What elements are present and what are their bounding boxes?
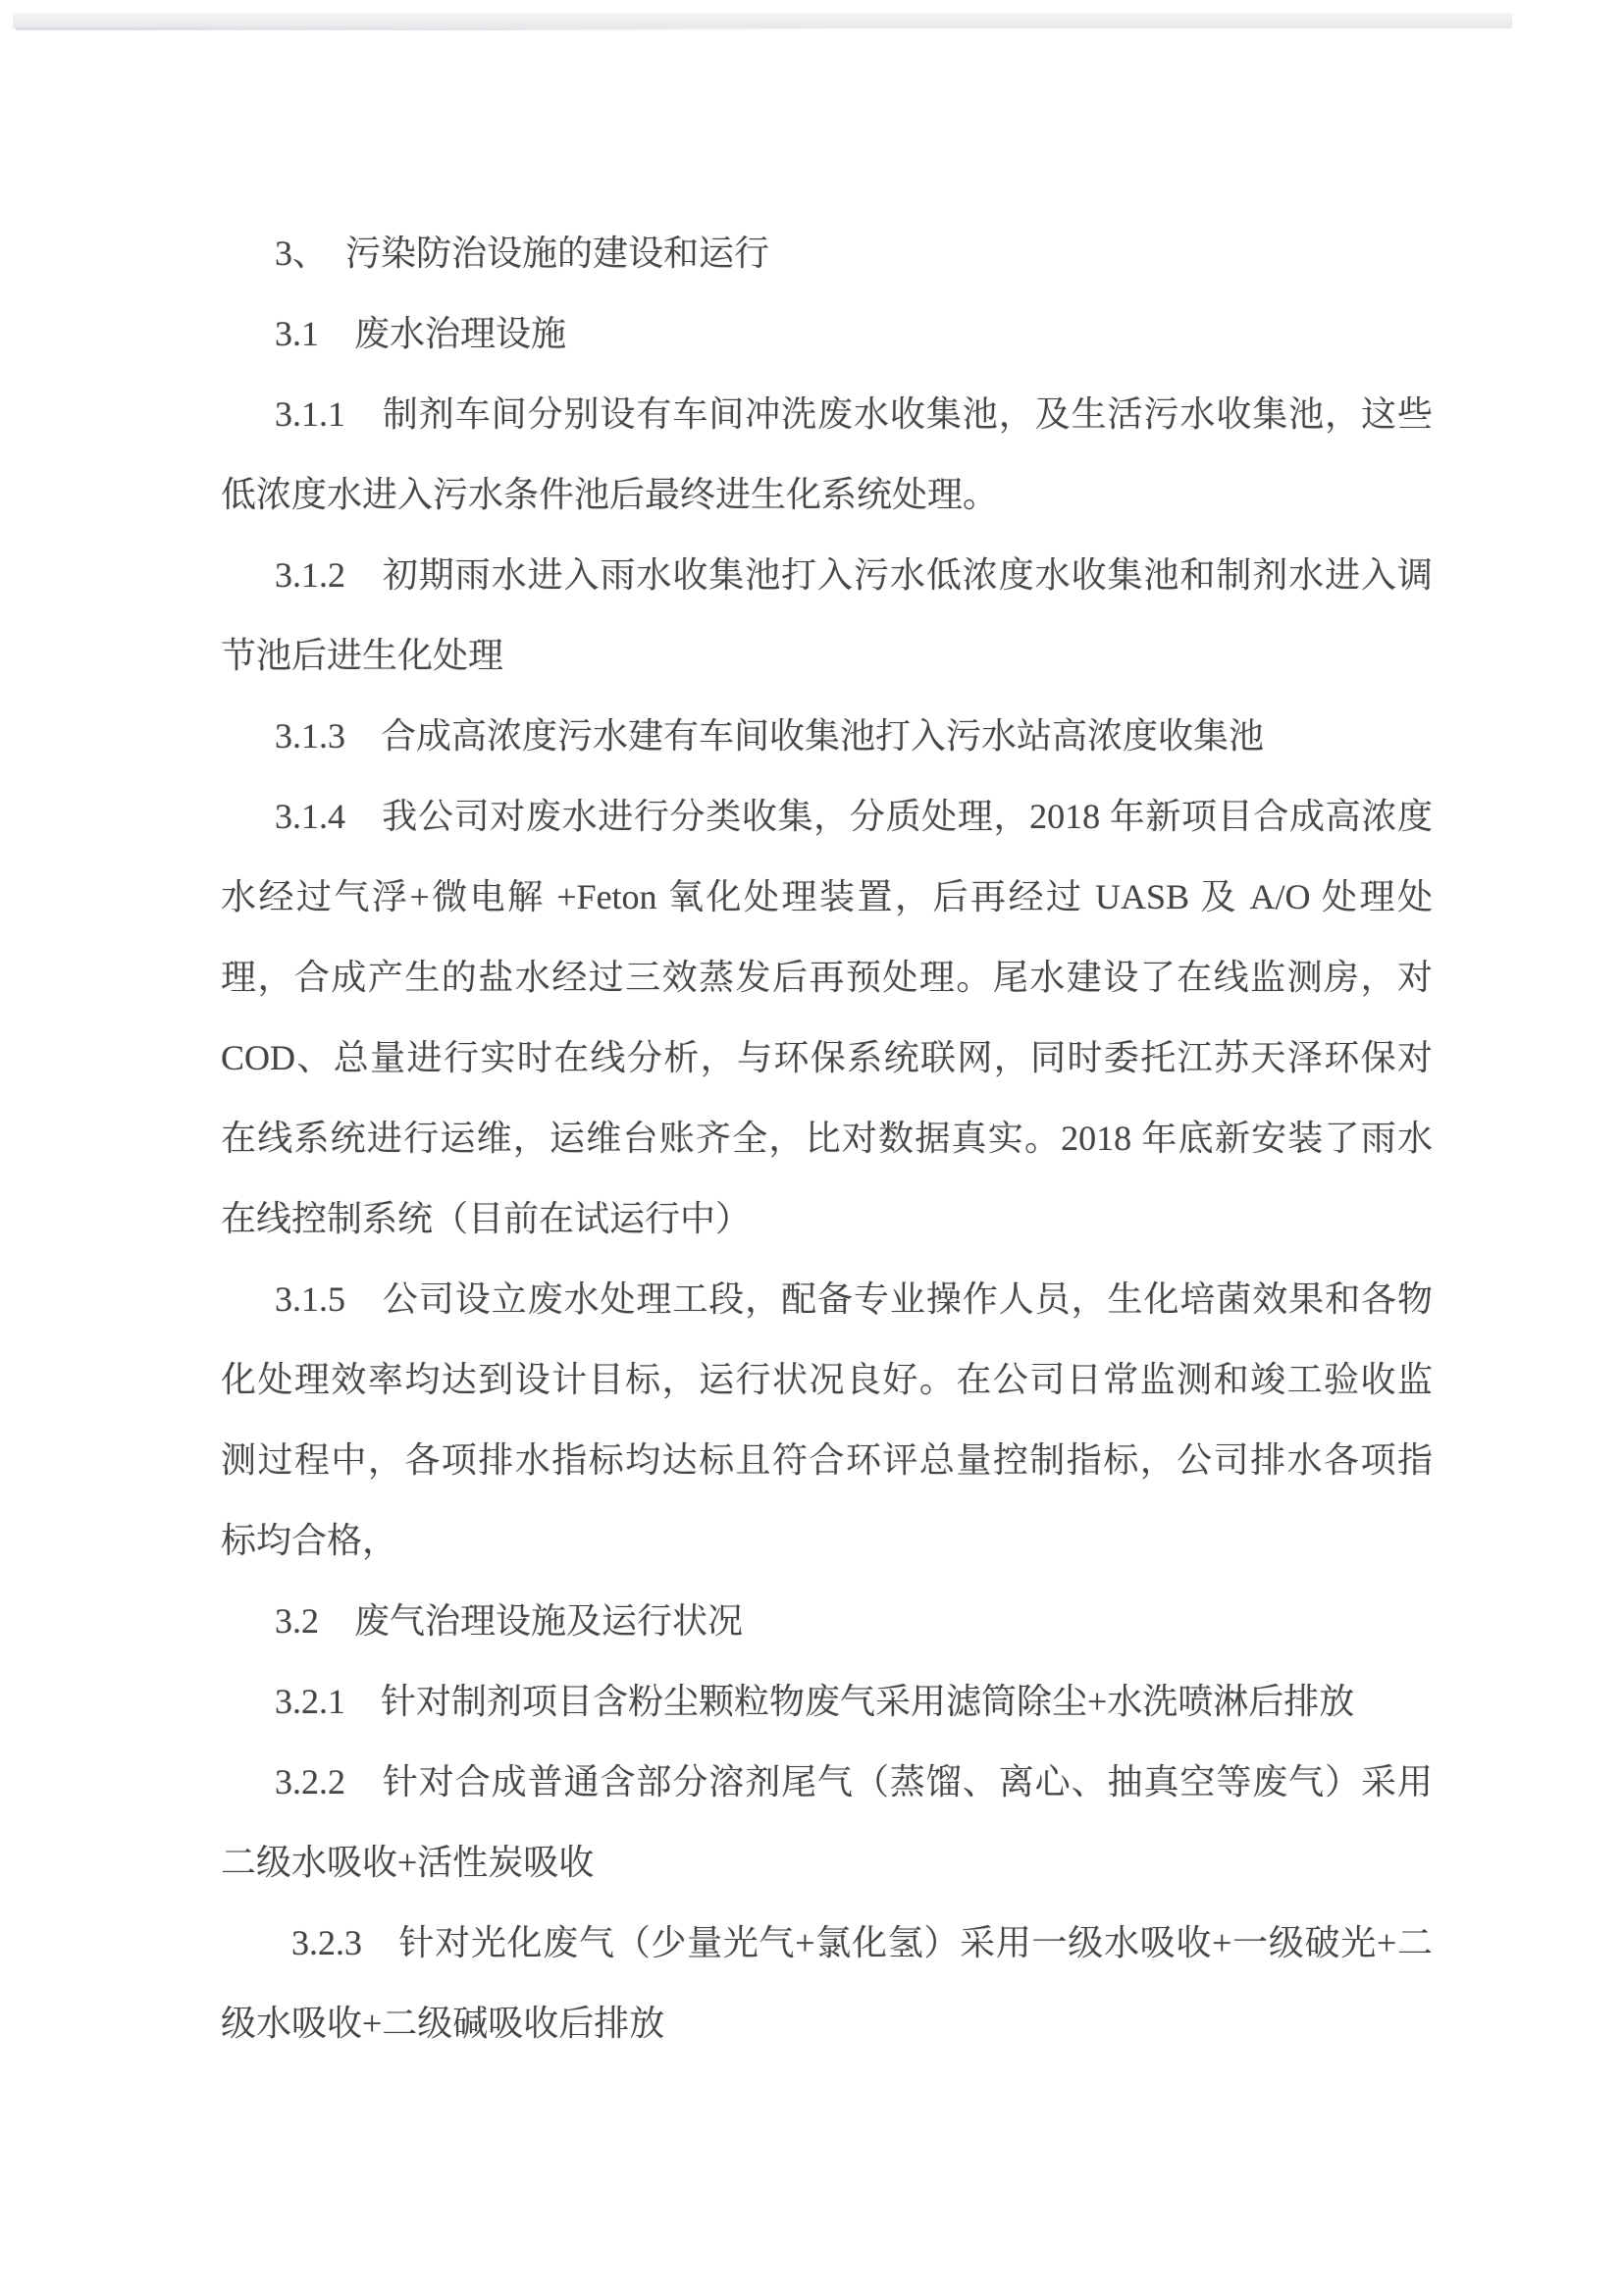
paragraph-line: 理，合成产生的盐水经过三效蒸发后再预处理。尾水建设了在线监测房，对 [221, 937, 1433, 1018]
paragraph-line: 节池后进生化处理 [221, 615, 1433, 696]
paragraph-line: 3.1.1 制剂车间分别设有车间冲洗废水收集池，及生活污水收集池，这些 [221, 374, 1433, 454]
paragraph-line: 3.1.2 初期雨水进入雨水收集池打入污水低浓度水收集池和制剂水进入调 [221, 535, 1433, 615]
subsection-heading: 3.1 废水治理设施 [221, 293, 1433, 374]
paragraph-line: 3.2.3 针对光化废气（少量光气+氯化氢）采用一级水吸收+一级破光+二 [221, 1903, 1433, 1983]
section-heading: 3、 污染防治设施的建设和运行 [221, 213, 1433, 293]
paragraph-line: 3.1.3 合成高浓度污水建有车间收集池打入污水站高浓度收集池 [221, 696, 1433, 776]
document-body: 3、 污染防治设施的建设和运行 3.1 废水治理设施 3.1.1 制剂车间分别设… [221, 213, 1433, 2063]
paragraph-line: 3.2.2 针对合成普通含部分溶剂尾气（蒸馏、离心、抽真空等废气）采用 [221, 1742, 1433, 1822]
document-page: 3、 污染防治设施的建设和运行 3.1 废水治理设施 3.1.1 制剂车间分别设… [0, 0, 1623, 2296]
paragraph-line: 低浓度水进入污水条件池后最终进生化系统处理。 [221, 454, 1433, 535]
paragraph-line: 在线系统进行运维，运维台账齐全，比对数据真实。2018 年底新安装了雨水 [221, 1098, 1433, 1178]
paragraph-line: 3.1.5 公司设立废水处理工段，配备专业操作人员，生化培菌效果和各物 [221, 1259, 1433, 1339]
paragraph-line: 测过程中，各项排水指标均达标且符合环评总量控制指标，公司排水各项指 [221, 1420, 1433, 1500]
subsection-heading: 3.2 废气治理设施及运行状况 [221, 1581, 1433, 1661]
scan-edge-shadow [16, 27, 860, 30]
paragraph-line: 标均合格， [221, 1500, 1433, 1581]
scan-edge-artifact [13, 13, 1512, 28]
paragraph-line: 3.2.1 针对制剂项目含粉尘颗粒物废气采用滤筒除尘+水洗喷淋后排放 [221, 1661, 1433, 1742]
paragraph-line: 水经过气浮+微电解 +Feton 氧化处理装置，后再经过 UASB 及 A/O … [221, 857, 1433, 937]
paragraph-line: 在线控制系统（目前在试运行中） [221, 1178, 1433, 1259]
paragraph-line: 3.1.4 我公司对废水进行分类收集，分质处理，2018 年新项目合成高浓度 [221, 776, 1433, 857]
paragraph-line: 二级水吸收+活性炭吸收 [221, 1822, 1433, 1903]
paragraph-line: COD、总量进行实时在线分析，与环保系统联网，同时委托江苏天泽环保对 [221, 1018, 1433, 1098]
paragraph-line: 级水吸收+二级碱吸收后排放 [221, 1983, 1433, 2063]
paragraph-line: 化处理效率均达到设计目标，运行状况良好。在公司日常监测和竣工验收监 [221, 1339, 1433, 1420]
